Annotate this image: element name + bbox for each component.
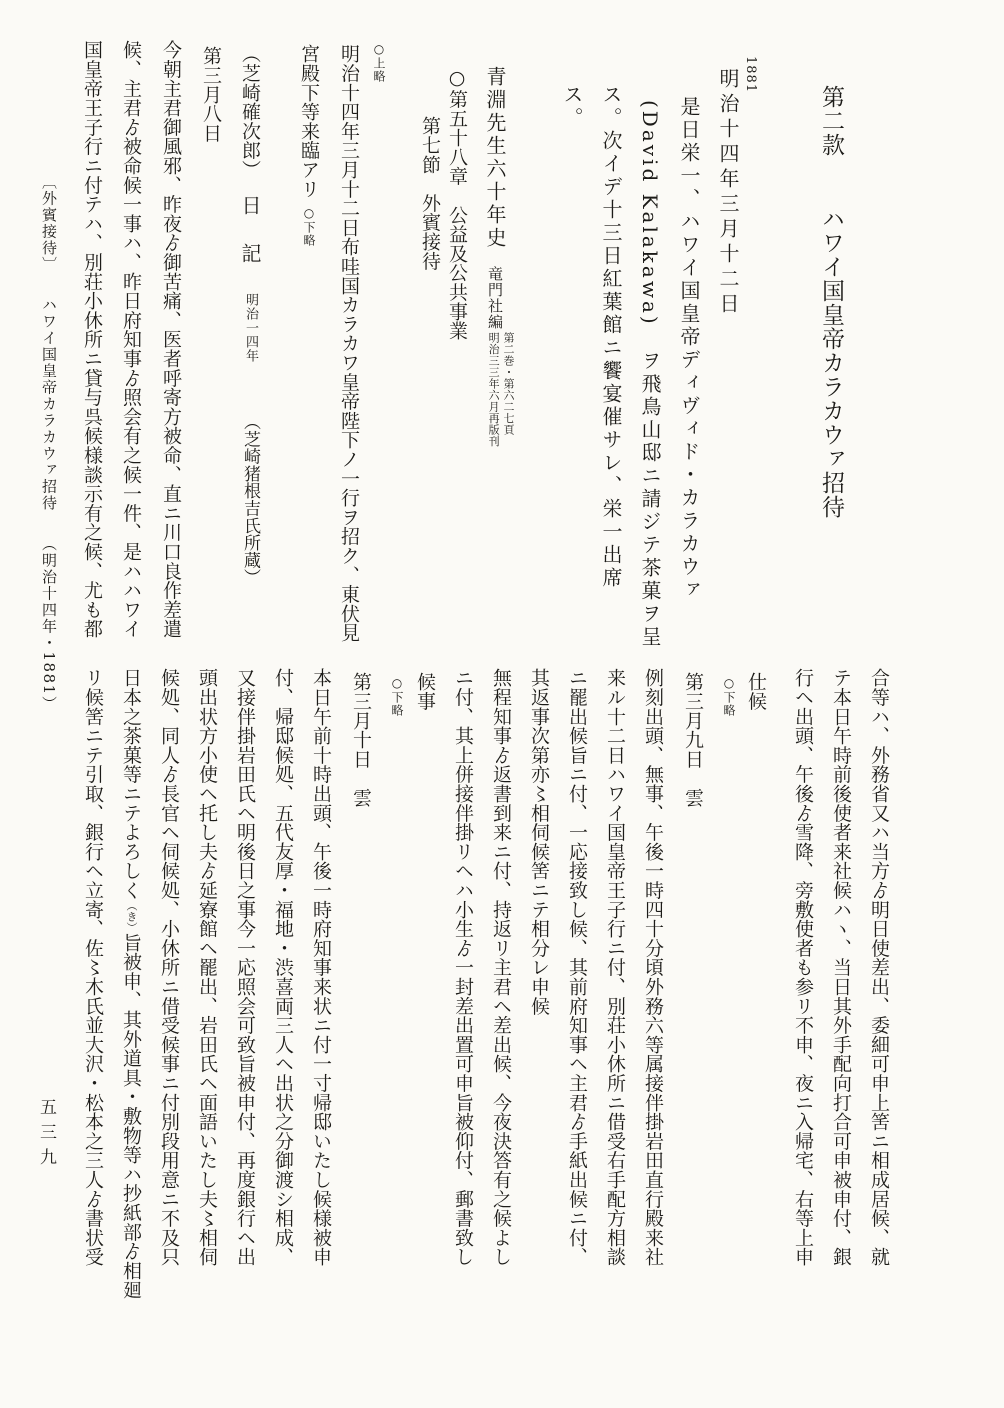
page-number: 五三九: [35, 1098, 56, 1173]
clause-heading: 第二款ハワイ国皇帝カラカウァ招待: [816, 85, 845, 519]
intro-line-1: 是日栄一、ハワイ国皇帝ディヴィド・カラカウァ: [676, 96, 701, 602]
running-header: 〔外賓接待〕ハワイ国皇帝カラカウァ招待（明治十四年・1881）: [39, 174, 58, 712]
year-western-label: 1881: [742, 56, 758, 93]
scanned-document-page: 第二款ハワイ国皇帝カラカウァ招待 1881 明治十四年三月十二日 是日栄一、ハワ…: [0, 0, 1004, 1408]
diary-line: 合等ハ、外務省又ハ当方ゟ明日使差出、委細可申上筈ニ相成居候、就: [866, 668, 890, 1266]
diary-line-with-annotation: 日本之茶菓等ニテよろしく（き）旨被申、其外道具・敷物等ハ抄紙部ゟ相廻: [118, 668, 142, 1299]
diary-line: 候事: [412, 672, 436, 711]
diary-line: 其返事次第亦〻相伺候筈ニテ相分レ申候: [526, 668, 550, 1015]
running-header-category: 〔外賓接待〕: [40, 174, 58, 273]
inline-annotation-ki: （き）: [125, 900, 138, 933]
source-title-column: 青淵先生六十年史竜門社編: [482, 66, 507, 330]
section-heading: 第七節 外賓接待: [417, 116, 441, 270]
excerpt-line-1: 明治十四年三月十二日布哇国カラカワ皇帝陛下ノ一行ヲ招ク、東伏見: [336, 44, 360, 642]
diary-line: リ候筈ニテ引取、銀行ヘ立寄、佐〻木氏並大沢・松本之三人ゟ書状受: [80, 668, 104, 1266]
diary-year: 明治一四年: [243, 293, 258, 363]
source-editor: 竜門社編: [486, 266, 504, 330]
running-header-date: （明治十四年・1881）: [40, 536, 58, 712]
diary-line: ニ罷出候旨ニ付、一応接致し候、其前府知事ヘ主君ゟ手紙出候ニ付、: [564, 668, 588, 1266]
diary-line: 付、帰邸候処、五代友厚・福地・渋喜両三人ヘ出状之分御渡シ相成、: [270, 668, 294, 1266]
diary-collection: （芝崎猪根吉氏所蔵）: [240, 413, 260, 586]
diary-title: 日 記: [238, 195, 262, 267]
running-header-title: ハワイ国皇帝カラカウァ招待: [40, 297, 58, 512]
chapter-heading: ○第五十八章 公益及公共事業: [444, 67, 468, 340]
omission-mark: ○下略: [721, 676, 736, 717]
entry-date-mar8: 第三月八日: [198, 46, 222, 143]
clause-number: 第二款: [818, 85, 844, 157]
diary-author: （芝崎確次郎）: [239, 44, 261, 179]
diary-line: 例刻出頭、無事、午後一時四十分頃外務六等属接伴掛岩田直行殿来社: [640, 668, 664, 1266]
date-heading: 明治十四年三月十二日: [715, 68, 740, 318]
diary-line: ニ付、其上併接伴掛リヘハ小生ゟ一封差出置可申旨被仰付、郵書致し: [450, 668, 474, 1266]
diary-line: 又接伴掛岩田氏ヘ明後日之事今一応照会可致旨被申付、再度銀行ヘ出: [232, 668, 256, 1266]
diary-header-column: （芝崎確次郎）日 記明治一四年（芝崎猪根吉氏所蔵）: [237, 44, 262, 586]
intro-line-3: ス。次イデ十三日紅葉館ニ饗宴催サレ、栄一出席: [598, 84, 623, 590]
diary-line: 今朝主君御風邪、昨夜ゟ御苦痛、医者呼寄方被命、直ニ川口良作差遣: [158, 40, 182, 638]
omission-mark-bottom: ○下略: [302, 206, 316, 247]
source-ref-edition: 明治三三年六月再版刊: [485, 332, 500, 447]
diary-line: 来ル十二日ハワイ国皇帝王子行ニ付、別荘小休所ニ借受右手配方相談: [602, 668, 626, 1266]
diary-line: 頭出状方小使ヘ托し夫ゟ延寮館ヘ罷出、岩田氏ヘ面語いたし夫〻相伺: [194, 668, 218, 1266]
intro-line-2: (David Kalakawa) ヲ飛鳥山邸ニ請ジテ茶菓ヲ呈: [637, 100, 662, 649]
diary-line: 本日午前十時出頭、午後一時府知事来状ニ付一寸帰邸いたし候様被申: [308, 668, 332, 1266]
diary-line: 仕候: [743, 672, 767, 711]
omission-mark: ○下略: [389, 676, 404, 717]
source-ref-volume: 第二巻・第六二七頁: [500, 332, 515, 447]
excerpt-line-2: 宮殿下等来臨アリ○下略: [296, 44, 320, 247]
intro-line-4: ス。: [559, 84, 584, 130]
source-reference: 第二巻・第六二七頁 明治三三年六月再版刊: [485, 332, 515, 447]
diary-line: 無程知事ゟ返書到来ニ付、持返リ主君ヘ差出候、今夜決答有之候よし: [488, 668, 512, 1266]
omission-mark-top: ○上略: [371, 42, 386, 83]
entry-date-mar10: 第三月十日 雲: [348, 672, 372, 807]
diary-line: 国皇帝王子行ニ付テハ、別荘小休所ニ貸与呉候様談示有之候、尤も都: [79, 40, 103, 638]
source-title: 青淵先生六十年史: [483, 66, 507, 250]
clause-title: ハワイ国皇帝カラカウァ招待: [818, 207, 844, 519]
entry-date-mar9: 第三月九日 雲: [680, 672, 704, 807]
diary-line: 行ヘ出頭、午後ゟ雪降、旁敷使者も参リ不申、夜ニ入帰宅、右等上申: [790, 668, 814, 1266]
diary-line: 候処、同人ゟ長官ヘ伺候処、小休所ニ借受候事ニ付別段用意ニ不及只: [156, 668, 180, 1266]
diary-line: 候、主君ゟ被命候一事ハ、昨日府知事ゟ照会有之候一件、是ハハワイ: [118, 40, 142, 638]
diary-line: テ本日午時前後使者来社候ハヽ、当日其外手配向打合可申被申付、銀: [828, 668, 852, 1266]
